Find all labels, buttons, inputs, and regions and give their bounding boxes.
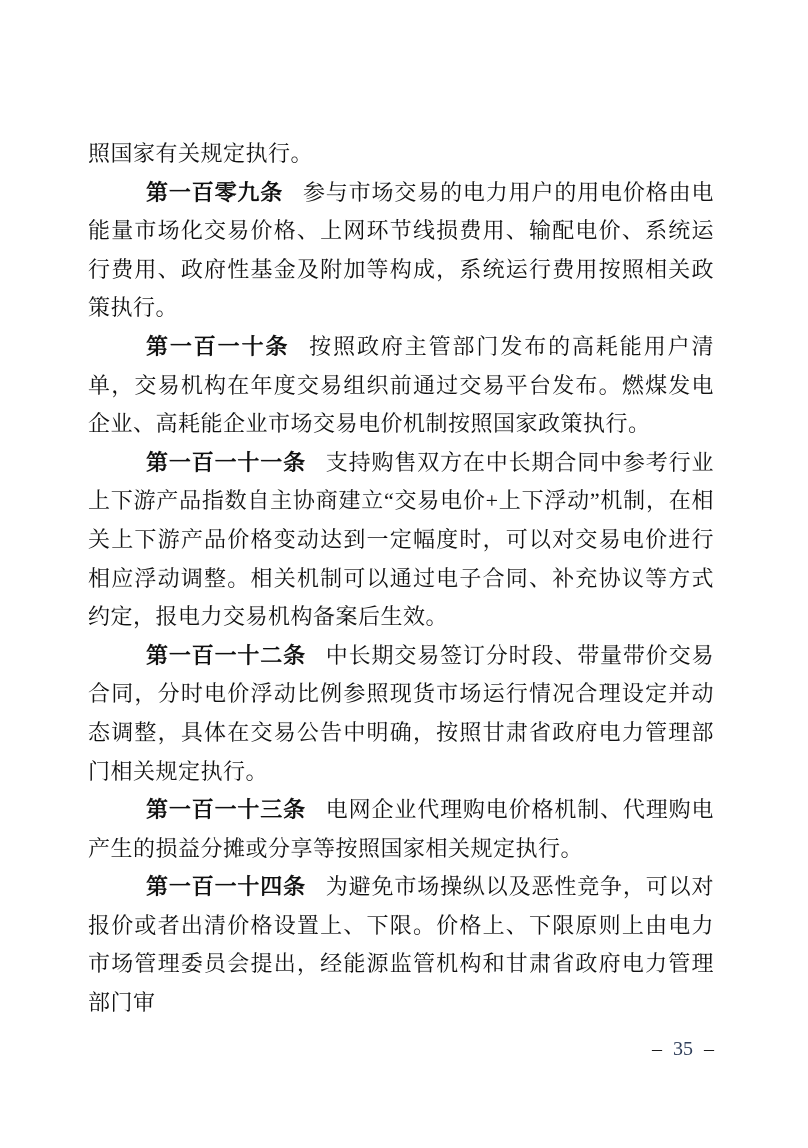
footer-dash-left: – [652, 1037, 662, 1061]
page-number: 35 [673, 1037, 693, 1061]
paragraph-article-114: 第一百一十四条为避免市场操纵以及恶性竞争，可以对报价或者出清价格设置上、下限。价… [88, 868, 714, 1022]
document-page: 照国家有关规定执行。 第一百零九条参与市场交易的电力用户的用电价格由电能量市场化… [0, 0, 808, 1148]
article-number: 第一百零九条 [146, 180, 283, 205]
paragraph-text: 照国家有关规定执行。 [88, 141, 313, 166]
paragraph-article-111: 第一百一十一条支持购售双方在中长期合同中参考行业上下游产品指数自主协商建立“交易… [88, 444, 714, 637]
article-number: 第一百一十四条 [146, 874, 306, 899]
paragraph-article-113: 第一百一十三条电网企业代理购电价格机制、代理购电产生的损益分摊或分享等按照国家相… [88, 791, 714, 868]
footer-dash-right: – [704, 1037, 714, 1061]
document-body: 照国家有关规定执行。 第一百零九条参与市场交易的电力用户的用电价格由电能量市场化… [88, 0, 714, 1023]
paragraph-article-112: 第一百一十二条中长期交易签订分时段、带量带价交易合同，分时电价浮动比例参照现货市… [88, 637, 714, 791]
paragraph-article-109: 第一百零九条参与市场交易的电力用户的用电价格由电能量市场化交易价格、上网环节线损… [88, 174, 714, 328]
paragraph-article-110: 第一百一十条按照政府主管部门发布的高耗能用户清单，交易机构在年度交易组织前通过交… [88, 328, 714, 444]
page-footer: – 35 – [652, 1037, 714, 1061]
article-number: 第一百一十三条 [146, 797, 306, 822]
article-number: 第一百一十一条 [146, 450, 306, 475]
paragraph-text: 支持购售双方在中长期合同中参考行业上下游产品指数自主协商建立“交易电价+上下浮动… [88, 450, 714, 629]
paragraph-continuation: 照国家有关规定执行。 [88, 135, 714, 174]
article-number: 第一百一十二条 [146, 643, 306, 668]
article-number: 第一百一十条 [146, 334, 289, 359]
